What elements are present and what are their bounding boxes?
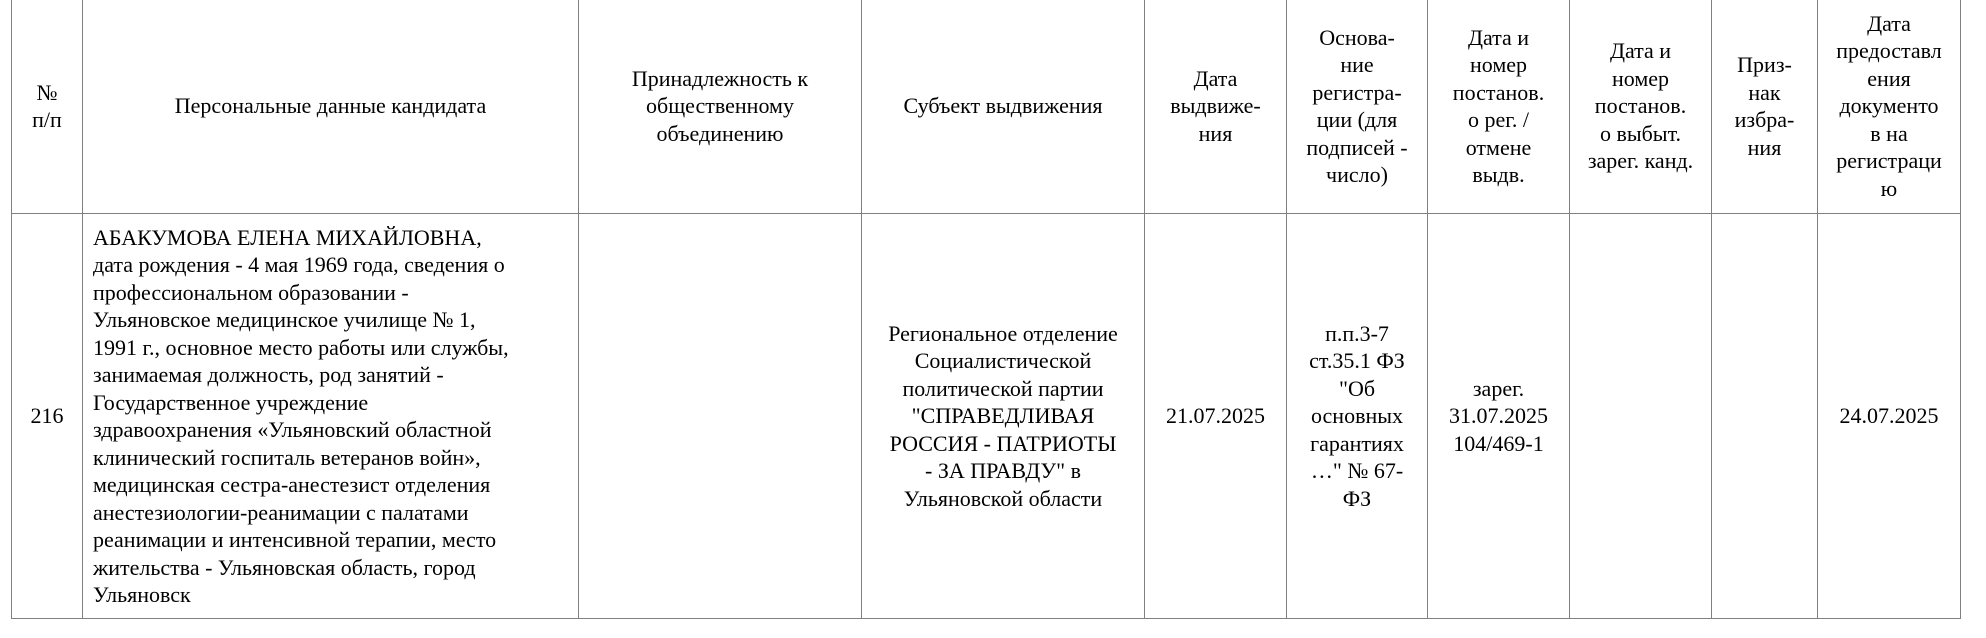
- cell-registration-decision: зарег. 31.07.2025 104/469-1: [1428, 214, 1570, 619]
- cell-number: 216: [12, 214, 83, 619]
- header-personal-data: Персональные данные кандидата: [83, 0, 579, 214]
- header-registration-decision: Дата и номер постанов. о рег. / отмене в…: [1428, 0, 1570, 214]
- header-registration-basis: Основа- ние регистра- ции (для подписей …: [1287, 0, 1428, 214]
- table-header-row: № п/п Персональные данные кандидата Прин…: [12, 0, 1961, 214]
- header-withdrawal-decision: Дата и номер постанов. о выбыт. зарег. к…: [1570, 0, 1712, 214]
- cell-documents-submission-date: 24.07.2025: [1818, 214, 1961, 619]
- header-election-mark: Приз- нак избра- ния: [1712, 0, 1818, 214]
- header-nomination-date: Дата выдвиже- ния: [1145, 0, 1287, 214]
- table-row: 216 АБАКУМОВА ЕЛЕНА МИХАЙЛОВНА, дата рож…: [12, 214, 1961, 619]
- cell-public-association: [579, 214, 862, 619]
- header-number: № п/п: [12, 0, 83, 214]
- cell-election-mark: [1712, 214, 1818, 619]
- cell-personal-data: АБАКУМОВА ЕЛЕНА МИХАЙЛОВНА, дата рождени…: [83, 214, 579, 619]
- candidates-table: № п/п Персональные данные кандидата Прин…: [11, 0, 1961, 619]
- header-documents-submission-date: Дата предоставл ения документо в на реги…: [1818, 0, 1961, 214]
- header-nomination-subject: Субъект выдвижения: [862, 0, 1145, 214]
- cell-nomination-subject: Региональное отделение Социалистической …: [862, 214, 1145, 619]
- cell-registration-basis: п.п.3-7 ст.35.1 ФЗ "Об основных гарантия…: [1287, 214, 1428, 619]
- cell-withdrawal-decision: [1570, 214, 1712, 619]
- header-public-association: Принадлежность к общественному объединен…: [579, 0, 862, 214]
- cell-nomination-date: 21.07.2025: [1145, 214, 1287, 619]
